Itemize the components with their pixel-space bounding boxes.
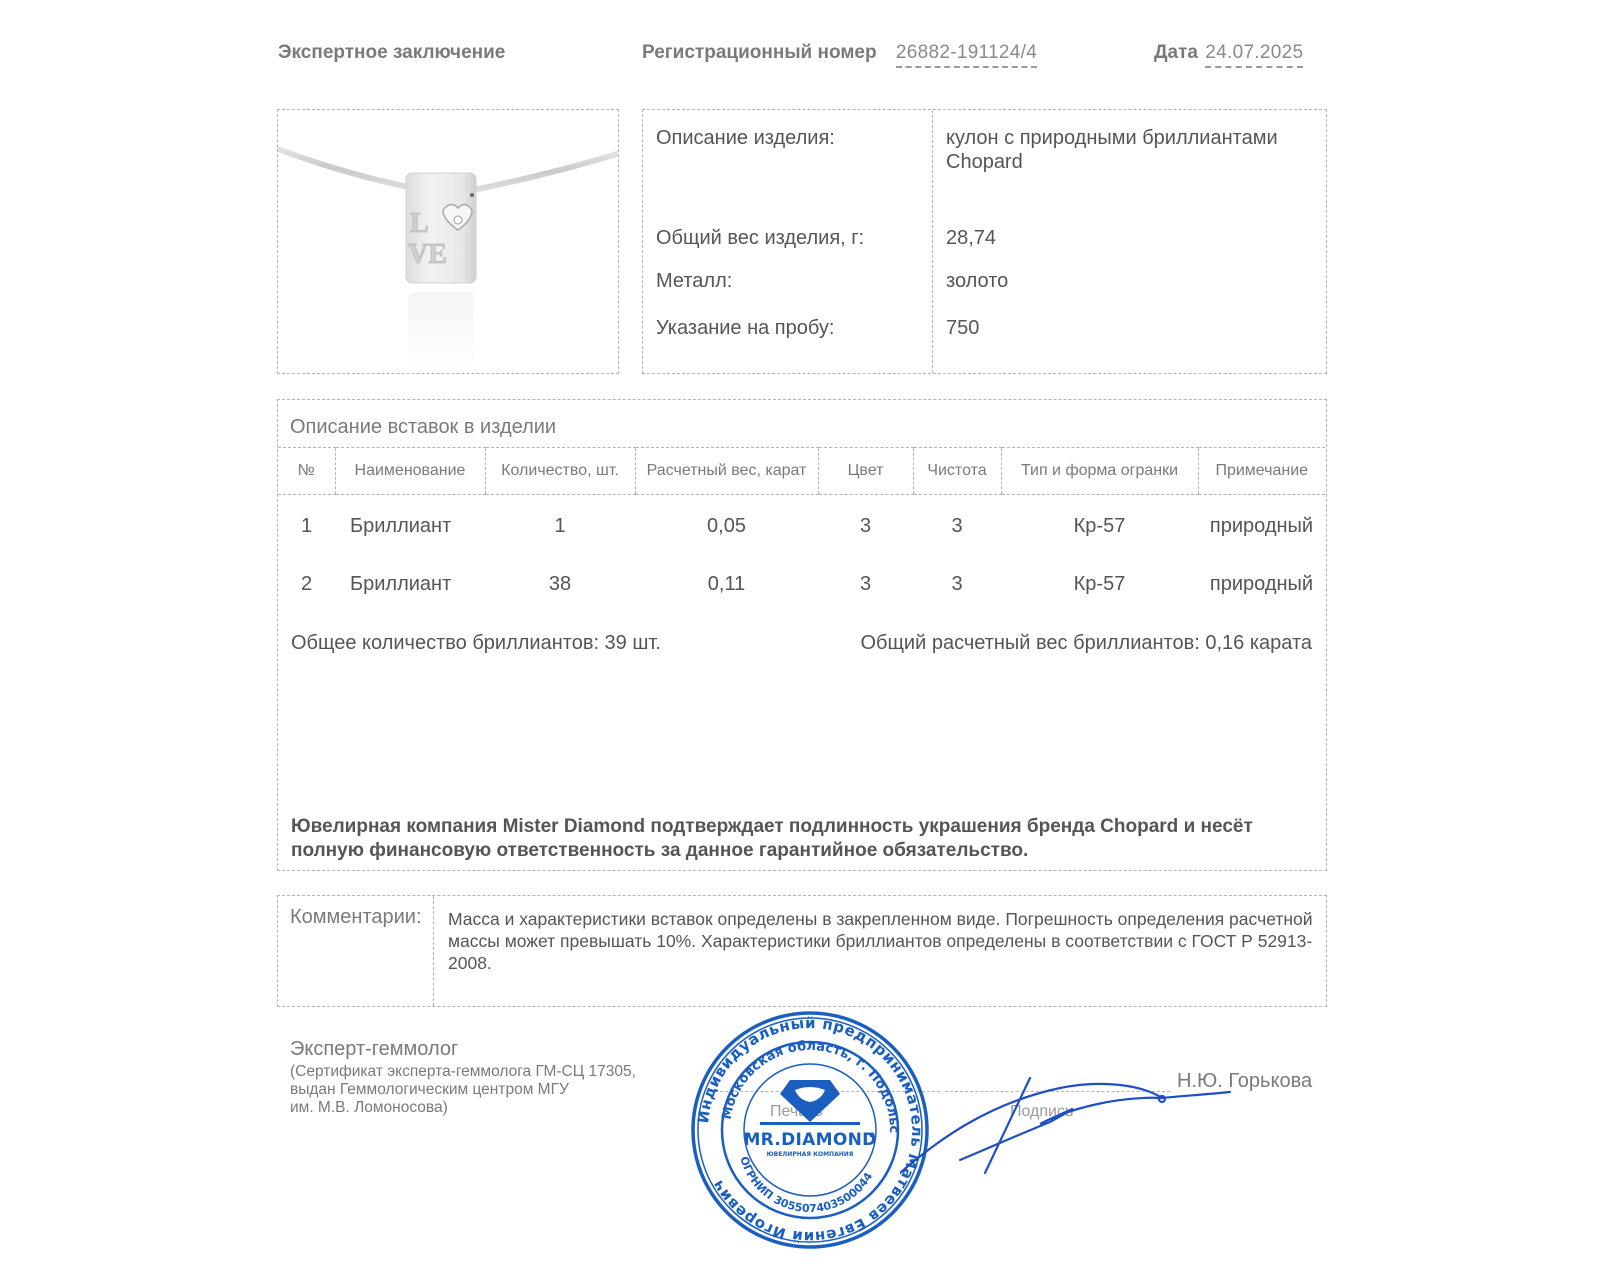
metal-value: золото — [946, 269, 1316, 293]
column-header: Чистота — [913, 448, 1001, 495]
date-field: Дата 24.07.2025 — [1154, 42, 1303, 64]
svg-text:L: L — [410, 208, 429, 239]
column-header: Количество, шт. — [485, 448, 635, 495]
inserts-section: Описание вставок в изделии № Наименовани… — [277, 399, 1327, 871]
table-header-row: № Наименование Количество, шт. Расчетный… — [278, 448, 1325, 495]
column-header: Тип и форма огранки — [1001, 448, 1198, 495]
reg-number-label: Регистрационный номер — [642, 42, 877, 63]
product-photo: L VE — [277, 109, 619, 374]
cell: природный — [1198, 555, 1325, 615]
guarantee-statement: Ювелирная компания Mister Diamond подтве… — [291, 815, 1301, 863]
expert-cert-line: выдан Геммологическим центром МГУ — [290, 1081, 636, 1099]
column-header: № — [278, 448, 335, 495]
reg-number-value: 26882-191124/4 — [896, 42, 1037, 68]
comments-label: Комментарии: — [290, 906, 422, 929]
date-label: Дата — [1154, 42, 1198, 63]
cell: Кр-57 — [1001, 555, 1198, 615]
svg-text:MR.DIAMOND: MR.DIAMOND — [743, 1130, 876, 1150]
cell: 1 — [278, 495, 335, 555]
inserts-title: Описание вставок в изделии — [290, 416, 556, 439]
expert-title: Эксперт-геммолог — [290, 1038, 636, 1061]
pendant-image-icon: L VE — [278, 110, 619, 374]
reg-number-field: Регистрационный номер 26882-191124/4 — [642, 42, 1037, 64]
column-divider — [932, 110, 933, 373]
expert-block: Эксперт-геммолог (Сертификат эксперта-ге… — [290, 1038, 636, 1117]
expert-cert-line: (Сертификат эксперта-геммолога ГМ-СЦ 173… — [290, 1063, 636, 1081]
stamp-seal-icon: Индивидуальный предприниматель Матвеев Е… — [690, 1010, 930, 1250]
cell: 3 — [913, 495, 1001, 555]
column-header: Примечание — [1198, 448, 1325, 495]
total-count: Общее количество бриллиантов: 39 шт. — [291, 632, 661, 655]
table-row: 2 Бриллиант 38 0,11 3 3 Кр-57 природный — [278, 555, 1325, 615]
cell: Бриллиант — [335, 555, 485, 615]
date-value: 24.07.2025 — [1205, 42, 1303, 68]
column-header: Наименование — [335, 448, 485, 495]
inserts-table: № Наименование Количество, шт. Расчетный… — [278, 447, 1325, 615]
cell: 3 — [913, 555, 1001, 615]
table-row: 1 Бриллиант 1 0,05 3 3 Кр-57 природный — [278, 495, 1325, 555]
cell: 3 — [818, 555, 913, 615]
column-divider — [433, 896, 434, 1006]
cell: природный — [1198, 495, 1325, 555]
svg-text:VE: VE — [408, 239, 447, 270]
cell: Бриллиант — [335, 495, 485, 555]
hallmark-label: Указание на пробу: — [656, 316, 834, 340]
document-title: Экспертное заключение — [278, 42, 505, 64]
handwritten-signature — [900, 1068, 1250, 1178]
expert-cert-line: им. М.В. Ломоносова) — [290, 1099, 636, 1117]
description-value: кулон с природными бриллиантами Chopard — [946, 126, 1296, 174]
description-label: Описание изделия: — [656, 126, 835, 150]
total-weight: Общий расчетный вес бриллиантов: 0,16 ка… — [860, 632, 1312, 655]
hallmark-value: 750 — [946, 316, 1316, 340]
cell: 3 — [818, 495, 913, 555]
cell: 0,11 — [635, 555, 818, 615]
product-info-table: Описание изделия: кулон с природными бри… — [642, 109, 1327, 374]
company-stamp: Индивидуальный предприниматель Матвеев Е… — [690, 1010, 930, 1250]
cell: 1 — [485, 495, 635, 555]
comments-section: Комментарии: Масса и характеристики вста… — [277, 895, 1327, 1007]
column-header: Цвет — [818, 448, 913, 495]
weight-label: Общий вес изделия, г: — [656, 226, 864, 250]
svg-text:ЮВЕЛИРНАЯ КОМПАНИЯ: ЮВЕЛИРНАЯ КОМПАНИЯ — [767, 1151, 854, 1158]
metal-label: Металл: — [656, 269, 732, 293]
signature-icon — [900, 1068, 1250, 1178]
comments-text: Масса и характеристики вставок определен… — [448, 908, 1323, 974]
cell: 0,05 — [635, 495, 818, 555]
column-header: Расчетный вес, карат — [635, 448, 818, 495]
weight-value: 28,74 — [946, 226, 1316, 250]
cell: 38 — [485, 555, 635, 615]
cell: 2 — [278, 555, 335, 615]
cell: Кр-57 — [1001, 495, 1198, 555]
